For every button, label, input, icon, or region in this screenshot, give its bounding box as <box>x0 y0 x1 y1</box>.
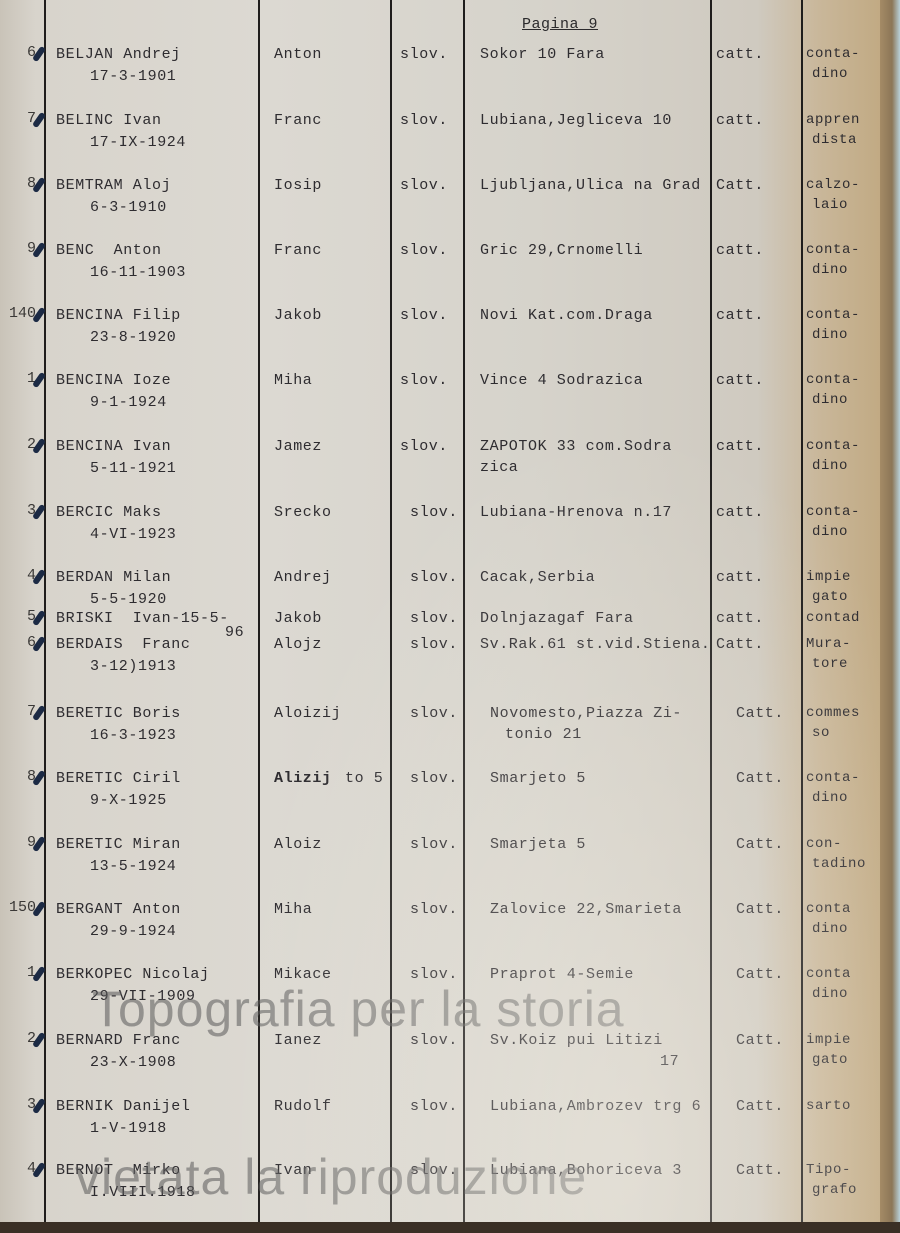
father-name: Rudolf <box>274 1096 332 1117</box>
surname-name: BERETIC Boris <box>56 703 181 724</box>
religion: Catt. <box>736 703 784 724</box>
profession-line: conta <box>806 899 851 920</box>
address-line: Novi Kat.com.Draga <box>480 305 653 326</box>
birth-date: 9-X-1925 <box>90 790 167 811</box>
religion: Catt. <box>736 964 784 985</box>
nationality: slov. <box>400 175 448 196</box>
address-line: Sokor 10 Fara <box>480 44 605 65</box>
surname-name: BEMTRAM Aloj <box>56 175 171 196</box>
address-line: Cacak,Serbia <box>480 567 595 588</box>
profession-line: Mura- <box>806 634 851 655</box>
religion: Catt. <box>736 834 784 855</box>
religion: catt. <box>716 608 764 629</box>
nationality: slov. <box>400 110 448 131</box>
religion: Catt. <box>716 634 764 655</box>
page-number-heading: Pagina 9 <box>522 16 598 33</box>
nationality: slov. <box>400 240 448 261</box>
profession-line: commes <box>806 703 860 724</box>
address-line: Lubiana,Ambrozev trg 6 <box>490 1096 701 1117</box>
profession-line: conta- <box>806 768 860 789</box>
column-rule <box>801 0 803 1225</box>
birth-date: 16-11-1903 <box>90 262 186 283</box>
father-name: Aloiz <box>274 834 322 855</box>
nationality: slov. <box>410 834 458 855</box>
profession-line: dino <box>812 456 848 477</box>
surname-name: BELINC Ivan <box>56 110 162 131</box>
father-name: Alojz <box>274 634 322 655</box>
nationality: slov. <box>410 899 458 920</box>
religion: catt. <box>716 567 764 588</box>
nationality: slov. <box>410 1096 458 1117</box>
religion: Catt. <box>736 768 784 789</box>
surname-name: BERNIK Danijel <box>56 1096 190 1117</box>
father-name: Jakob <box>274 305 322 326</box>
surname-name: BERETIC Miran <box>56 834 181 855</box>
column-rule <box>390 0 392 1225</box>
column-rule <box>710 0 712 1225</box>
birth-date: 5-11-1921 <box>90 458 176 479</box>
surname-name: BERCIC Maks <box>56 502 162 523</box>
religion: Catt. <box>736 1160 784 1181</box>
nationality: slov. <box>410 634 458 655</box>
surname-name: BENC Anton <box>56 240 162 261</box>
column-rule <box>463 0 465 1225</box>
surname-name: BRISKI Ivan-15-5- <box>56 608 229 629</box>
surname-name: BERDAN Milan <box>56 567 171 588</box>
address-line: Gric 29,Crnomelli <box>480 240 643 261</box>
address-line: zica <box>480 457 518 478</box>
profession-line: calzo- <box>806 175 860 196</box>
profession-line: dino <box>812 984 848 1005</box>
religion: Catt. <box>716 175 764 196</box>
nationality: slov. <box>400 305 448 326</box>
nationality: slov. <box>410 567 458 588</box>
birth-date: 9-1-1924 <box>90 392 167 413</box>
birth-date: 17-IX-1924 <box>90 132 186 153</box>
surname-name: BERGANT Anton <box>56 899 181 920</box>
surname-name: BENCINA Filip <box>56 305 181 326</box>
profession-line: Tipo- <box>806 1160 851 1181</box>
profession-line: conta- <box>806 305 860 326</box>
address-line: tonio 21 <box>505 724 582 745</box>
profession-line: tore <box>812 654 848 675</box>
profession-line: conta- <box>806 502 860 523</box>
profession-line: contad <box>806 608 860 629</box>
birth-date: 96 <box>225 622 244 643</box>
address-line: Vince 4 Sodrazica <box>480 370 643 391</box>
profession-line: conta- <box>806 240 860 261</box>
address-line: Smarjeto 5 <box>490 768 586 789</box>
birth-date: 23-X-1908 <box>90 1052 176 1073</box>
profession-line: conta <box>806 964 851 985</box>
birth-date: 16-3-1923 <box>90 725 176 746</box>
father-name: Franc <box>274 110 322 131</box>
nationality: slov. <box>400 370 448 391</box>
address-line: ZAPOTOK 33 com.Sodra <box>480 436 672 457</box>
profession-line: dino <box>812 390 848 411</box>
surname-name: BERDAIS Franc <box>56 634 190 655</box>
profession-line: conta- <box>806 370 860 391</box>
father-name: Aloizij <box>274 703 341 724</box>
profession-line: impie <box>806 567 851 588</box>
father-name: Iosip <box>274 175 322 196</box>
profession-line: tadino <box>812 854 866 875</box>
birth-date: 23-8-1920 <box>90 327 176 348</box>
father-name: Franc <box>274 240 322 261</box>
religion: catt. <box>716 436 764 457</box>
birth-date: 29-9-1924 <box>90 921 176 942</box>
religion: catt. <box>716 305 764 326</box>
page-bottom-shadow <box>0 1222 900 1233</box>
profession-line: dino <box>812 325 848 346</box>
birth-date: 3-12)1913 <box>90 656 176 677</box>
address-line: Dolnjazagaf Fara <box>480 608 634 629</box>
profession-line: dino <box>812 919 848 940</box>
column-rule <box>258 0 260 1225</box>
father-name: Andrej <box>274 567 332 588</box>
address-line: Lubiana-Hrenova n.17 <box>480 502 672 523</box>
profession-line: dino <box>812 64 848 85</box>
address-line: Novomesto,Piazza Zi- <box>490 703 682 724</box>
profession-line: gato <box>812 587 848 608</box>
profession-line: dino <box>812 260 848 281</box>
religion: catt. <box>716 240 764 261</box>
address-line: Sv.Rak.61 st.vid.Stiena. <box>480 634 710 655</box>
father-name: Miha <box>274 899 312 920</box>
religion: catt. <box>716 110 764 131</box>
address-line: 17 <box>660 1051 679 1072</box>
profession-line: dino <box>812 788 848 809</box>
nationality: slov. <box>400 436 448 457</box>
overtyped-text: to 5 <box>345 768 383 789</box>
father-name: Miha <box>274 370 312 391</box>
profession-line: dino <box>812 522 848 543</box>
nationality: slov. <box>410 608 458 629</box>
profession-line: conta- <box>806 436 860 457</box>
profession-line: laio <box>812 195 848 216</box>
birth-date: 6-3-1910 <box>90 197 167 218</box>
profession-line: impie <box>806 1030 851 1051</box>
nationality: slov. <box>410 502 458 523</box>
watermark-line-1: Topografia per la storia <box>92 980 625 1038</box>
birth-date: 1-V-1918 <box>90 1118 167 1139</box>
religion: Catt. <box>736 899 784 920</box>
nationality: slov. <box>400 44 448 65</box>
profession-line: con- <box>806 834 842 855</box>
father-name: Jamez <box>274 436 322 457</box>
father-name: Jakob <box>274 608 322 629</box>
profession-line: so <box>812 723 830 744</box>
profession-line: conta- <box>806 44 860 65</box>
religion: catt. <box>716 44 764 65</box>
nationality: slov. <box>410 703 458 724</box>
nationality: slov. <box>410 768 458 789</box>
religion: Catt. <box>736 1096 784 1117</box>
birth-date: 4-VI-1923 <box>90 524 176 545</box>
profession-line: grafo <box>812 1180 857 1201</box>
birth-date: 5-5-1920 <box>90 589 167 610</box>
birth-date: 13-5-1924 <box>90 856 176 877</box>
birth-date: 17-3-1901 <box>90 66 176 87</box>
address-line: Smarjeta 5 <box>490 834 586 855</box>
surname-name: BENCINA Ivan <box>56 436 171 457</box>
surname-name: BELJAN Andrej <box>56 44 181 65</box>
surname-name: BENCINA Ioze <box>56 370 171 391</box>
religion: catt. <box>716 502 764 523</box>
surname-name: BERETIC Ciril <box>56 768 181 789</box>
profession-line: sarto <box>806 1096 851 1117</box>
address-line: Ljubljana,Ulica na Grad <box>480 175 701 196</box>
religion: Catt. <box>736 1030 784 1051</box>
address-line: Zalovice 22,Smarieta <box>490 899 682 920</box>
watermark-line-2: vietata la riproduzione <box>75 1148 587 1206</box>
register-page: Pagina 9 6BELJAN Andrej17-3-1901Antonslo… <box>0 0 890 1225</box>
father-name: Alizij <box>274 768 332 789</box>
profession-line: gato <box>812 1050 848 1071</box>
religion: catt. <box>716 370 764 391</box>
father-name: Anton <box>274 44 322 65</box>
father-name: Srecko <box>274 502 332 523</box>
page-edge <box>880 0 900 1233</box>
profession-line: appren <box>806 110 860 131</box>
address-line: Lubiana,Jegliceva 10 <box>480 110 672 131</box>
profession-line: dista <box>812 130 857 151</box>
